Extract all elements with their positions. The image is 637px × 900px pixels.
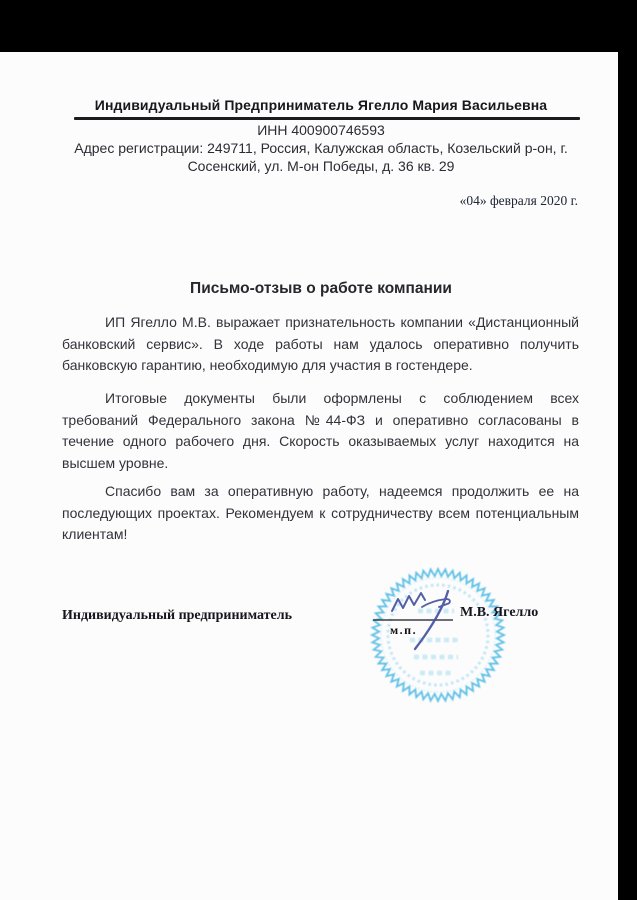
letterhead-rule <box>74 117 580 120</box>
paragraph-line: банковский сервис». В ходе работы нам уд… <box>62 334 579 356</box>
round-seal-and-signature <box>362 561 514 711</box>
paragraph-line: клиентам! <box>62 524 579 546</box>
entrepreneur-name-header: Индивидуальный Предприниматель Ягелло Ма… <box>62 97 580 114</box>
paragraph-line: банковскую гарантию, необходимую для уча… <box>62 355 579 377</box>
body-paragraph-2: Итоговые документы были оформлены с собл… <box>62 388 579 474</box>
inn-line: ИНН 400900746593 <box>62 122 580 139</box>
paragraph-line: Итоговые документы были оформлены с собл… <box>62 388 579 410</box>
letter-page: Индивидуальный Предприниматель Ягелло Ма… <box>0 0 637 900</box>
signature-name-label: М.В. Ягелло <box>460 605 538 621</box>
paragraph-line: ИП Ягелло М.В. выражает признательность … <box>62 312 579 334</box>
paragraph-line: высшем уровне. <box>62 453 579 475</box>
registration-address-line-1: Адрес регистрации: 249711, Россия, Калуж… <box>62 140 580 157</box>
letter-date: «04» февраля 2020 г. <box>460 193 578 209</box>
stamp-place-label: м.п. <box>390 623 417 638</box>
paragraph-line: требований Федерального закона №44-ФЗ и … <box>62 410 579 432</box>
paragraph-line: последующих проектах. Рекомендуем к сотр… <box>62 503 579 525</box>
letter-title: Письмо-отзыв о работе компании <box>62 280 580 298</box>
scanned-letter: Индивидуальный Предприниматель Ягелло Ма… <box>0 0 637 900</box>
signature-role-label: Индивидуальный предприниматель <box>62 608 292 624</box>
body-paragraph-1: ИП Ягелло М.В. выражает признательность … <box>62 312 579 377</box>
paragraph-line: Спасибо вам за оперативную работу, надее… <box>62 481 579 503</box>
paragraph-line: течение одного рабочего дня. Скорость ок… <box>62 431 579 453</box>
body-paragraph-3: Спасибо вам за оперативную работу, надее… <box>62 481 579 546</box>
registration-address-line-2: Сосенский, ул. М-он Победы, д. 36 кв. 29 <box>62 158 580 175</box>
